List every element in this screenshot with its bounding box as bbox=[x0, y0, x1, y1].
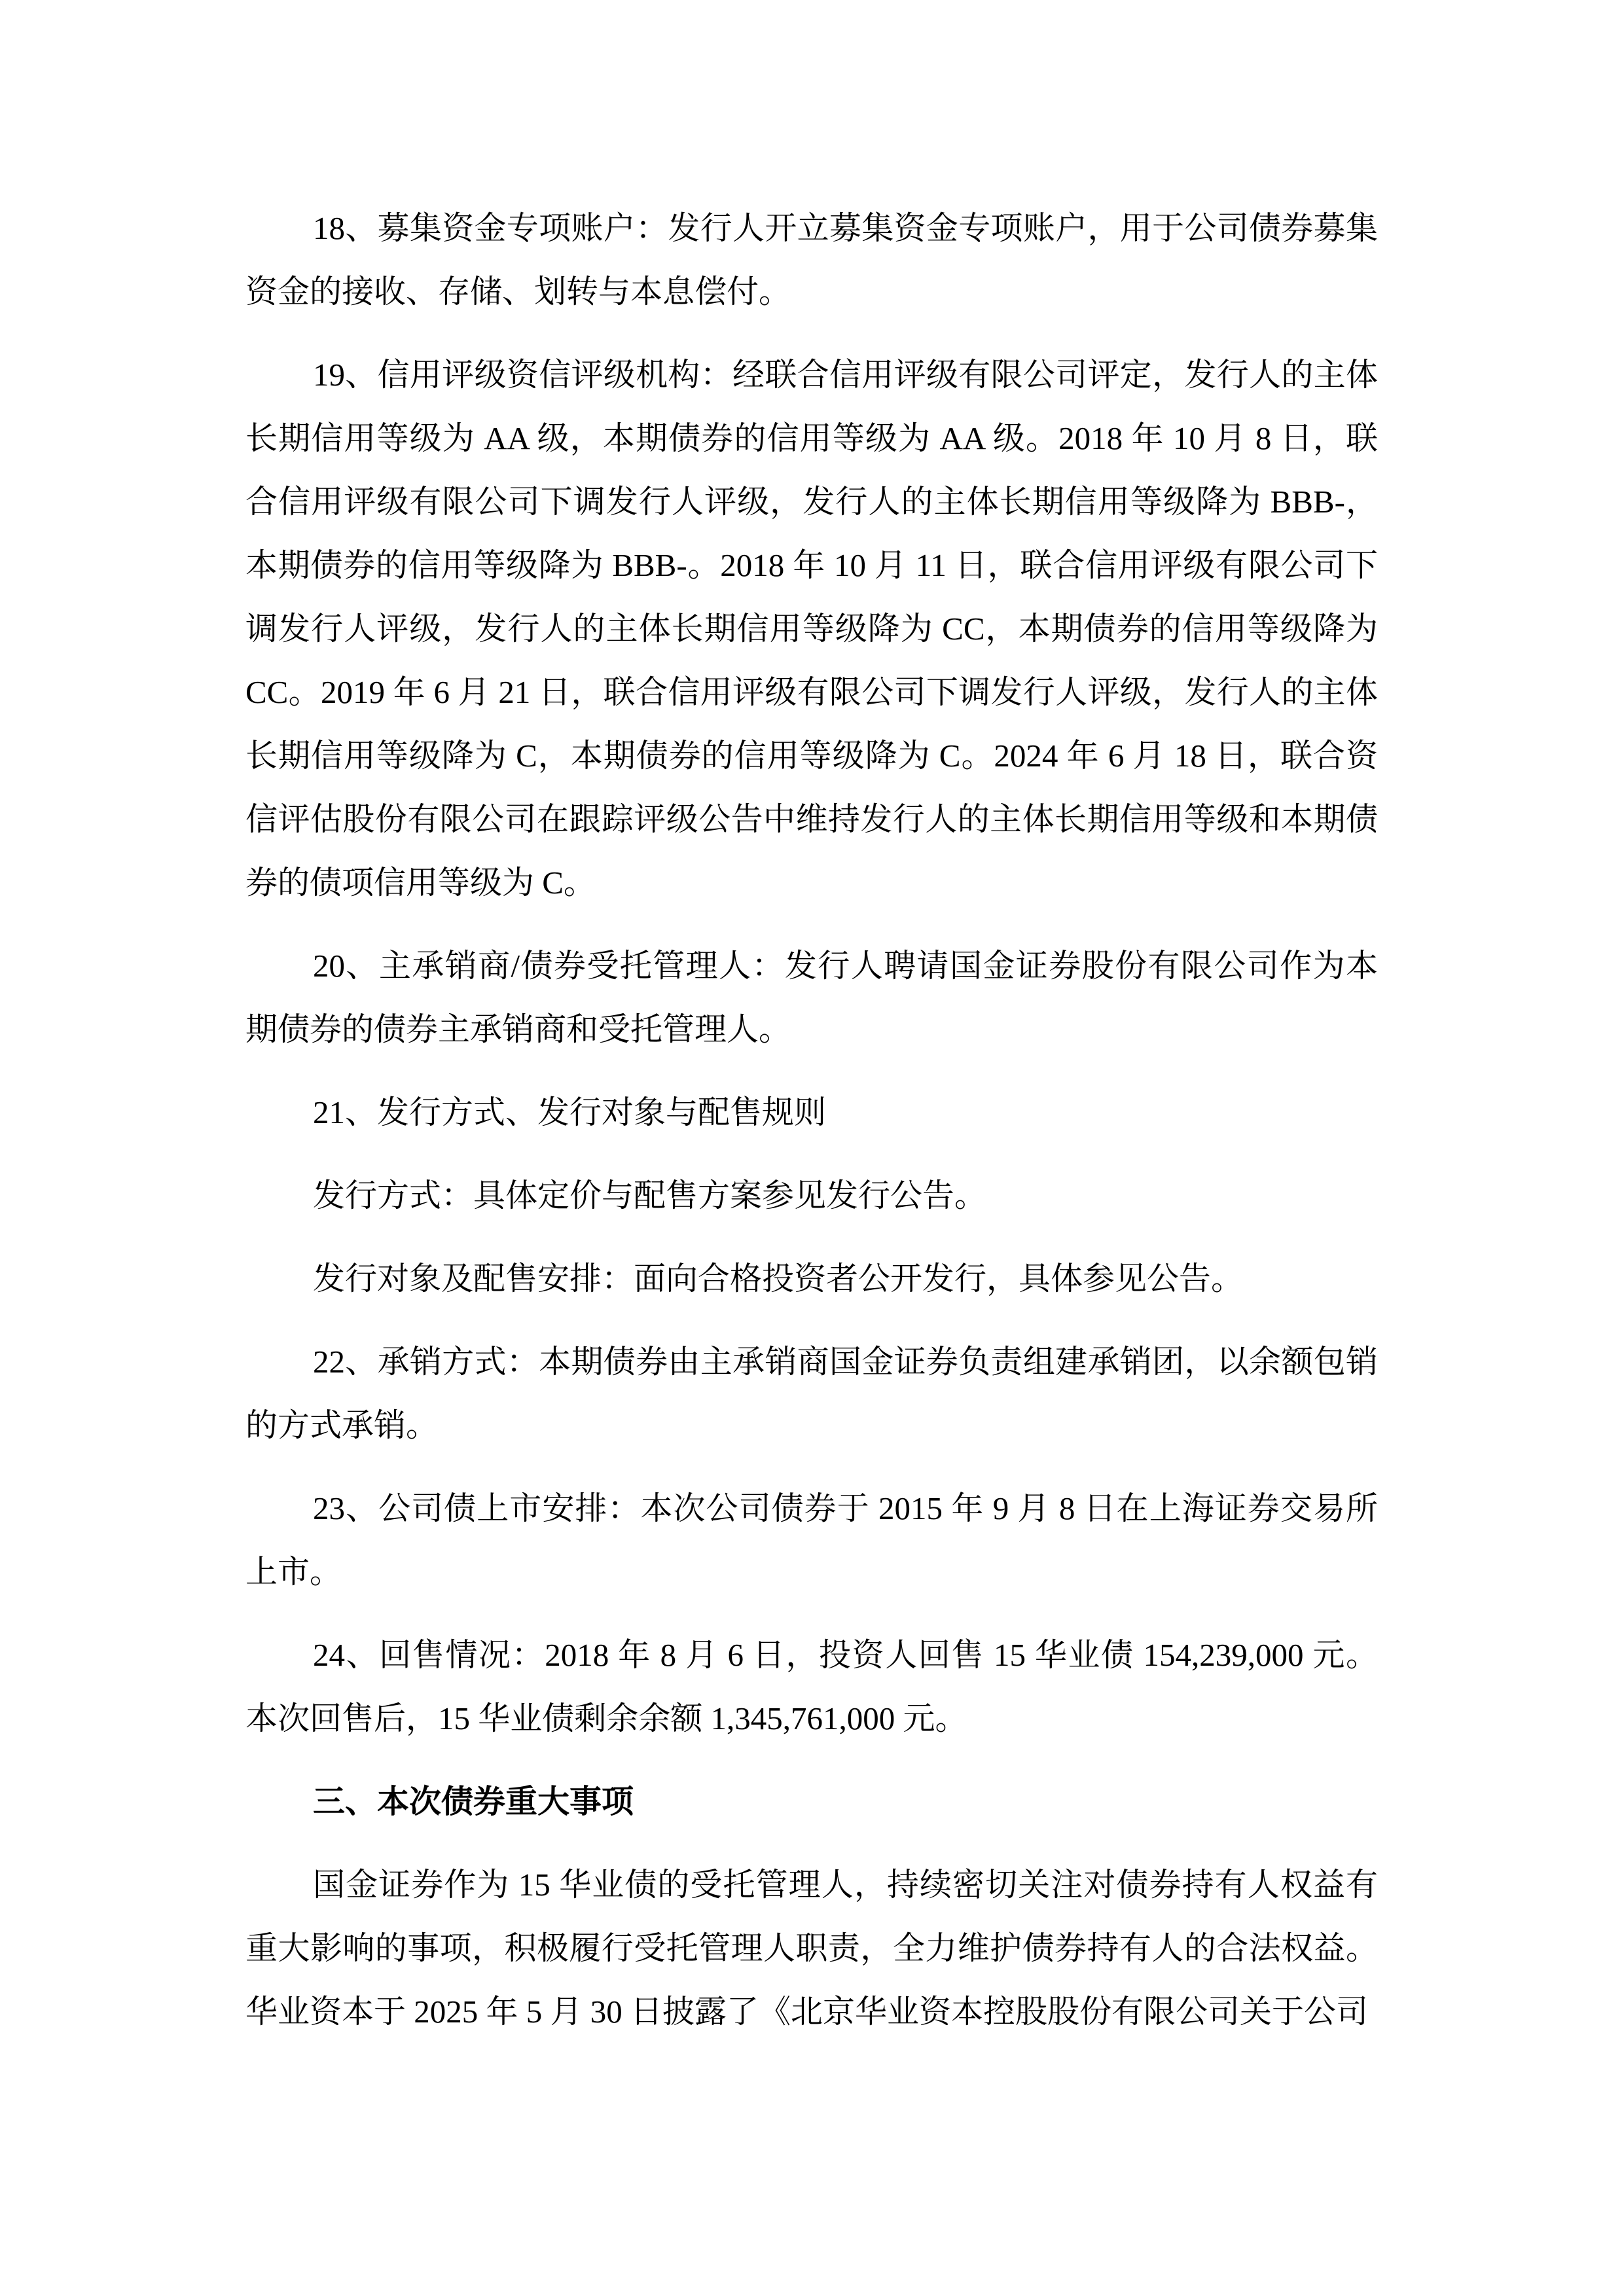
item-22-underwriting-method: 22、承销方式：本期债券由主承销商国金证券负责组建承销团，以余额包销的方式承销。 bbox=[245, 1330, 1378, 1457]
item-24-resale-situation: 24、回售情况：2018 年 8 月 6 日，投资人回售 15 华业债 154,… bbox=[245, 1623, 1378, 1750]
document-page: 18、募集资金专项账户：发行人开立募集资金专项账户，用于公司债券募集资金的接收、… bbox=[0, 0, 1624, 2296]
section-3-intro: 国金证券作为 15 华业债的受托管理人，持续密切关注对债券持有人权益有重大影响的… bbox=[245, 1853, 1378, 2043]
item-19-credit-rating: 19、信用评级资信评级机构：经联合信用评级有限公司评定，发行人的主体长期信用等级… bbox=[245, 343, 1378, 914]
item-20-lead-underwriter-trustee: 20、主承销商/债券受托管理人：发行人聘请国金证券股份有限公司作为本期债券的债券… bbox=[245, 934, 1378, 1061]
item-18-special-account: 18、募集资金专项账户：发行人开立募集资金专项账户，用于公司债券募集资金的接收、… bbox=[245, 196, 1378, 323]
item-21-issue-target: 发行对象及配售安排：面向合格投资者公开发行，具体参见公告。 bbox=[245, 1247, 1378, 1310]
document-body: 18、募集资金专项账户：发行人开立募集资金专项账户，用于公司债券募集资金的接收、… bbox=[245, 196, 1378, 2063]
item-21-issuance-rules: 21、发行方式、发行对象与配售规则 bbox=[245, 1081, 1378, 1144]
item-21-issue-method: 发行方式：具体定价与配售方案参见发行公告。 bbox=[245, 1164, 1378, 1227]
item-23-listing-arrangement: 23、公司债上市安排：本次公司债券于 2015 年 9 月 8 日在上海证券交易… bbox=[245, 1477, 1378, 1604]
section-3-heading: 三、本次债券重大事项 bbox=[245, 1770, 1378, 1833]
